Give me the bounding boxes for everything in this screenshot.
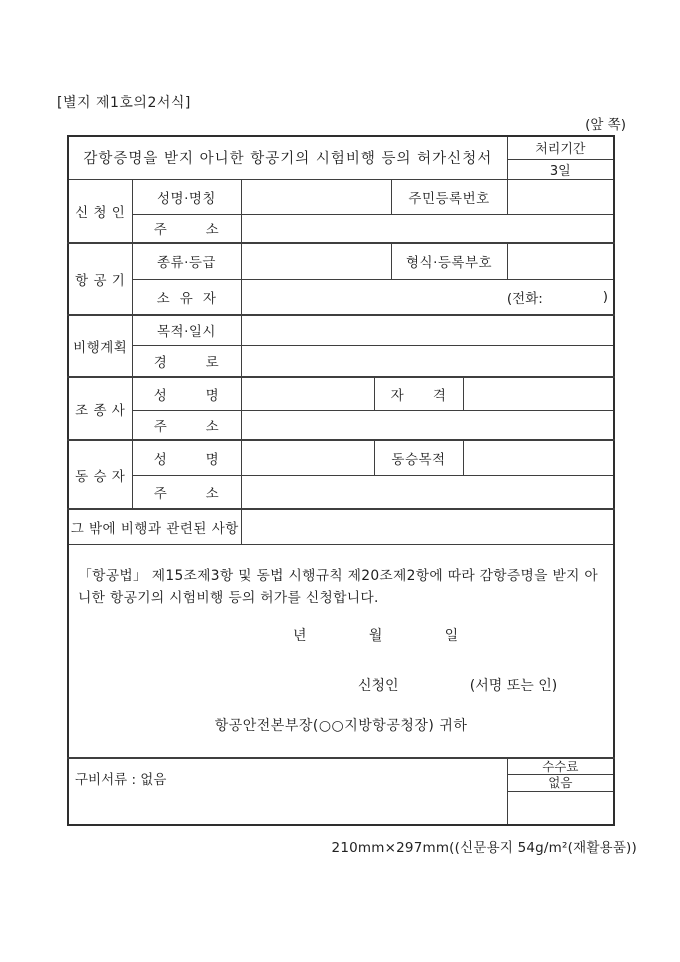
form-reference-label: [별지 제1호의2서식] — [57, 92, 191, 112]
form-title: 감항증명을 받지 아니한 항공기의 시험비행 등의 허가신청서 — [68, 136, 507, 179]
declaration-text: 「항공법」 제15조제3항 및 동법 시행규칙 제20조제2항에 따라 감항증명… — [78, 565, 603, 609]
other-matters-label: 그 밖에 비행과 관련된 사항 — [68, 509, 241, 544]
other-matters-field[interactable] — [241, 509, 614, 544]
processing-period-value: 3일 — [507, 159, 614, 179]
applicant-address-field[interactable] — [241, 214, 614, 243]
flight-route-field[interactable] — [241, 345, 614, 377]
fee-cell: 수수료 없음 — [507, 758, 614, 825]
aircraft-kind-label: 종류·등급 — [132, 243, 241, 279]
pilot-name-label: 성 명 — [132, 377, 241, 410]
fee-label: 수수료 — [508, 759, 614, 775]
required-documents-cell: 구비서류 : 없음 — [68, 758, 507, 825]
aircraft-kind-field[interactable] — [241, 243, 391, 279]
paper-spec-note: 210mm×297mm((신문용지 54g/m²(재활용품)) — [332, 836, 637, 856]
pilot-address-label: 주 소 — [132, 410, 241, 440]
recipient-line: 항공안전본부장(○○지방항공청장) 귀하 — [69, 715, 613, 735]
pilot-address-field[interactable] — [241, 410, 614, 440]
applicant-regno-label: 주민등록번호 — [391, 179, 507, 214]
passenger-purpose-label: 동승목적 — [374, 440, 463, 475]
form-page: [별지 제1호의2서식] (앞 쪽) 감항증명을 받지 아니한 항공기의 시험비… — [0, 0, 680, 962]
aircraft-type-label: 형식·등록부호 — [391, 243, 507, 279]
passenger-name-label: 성 명 — [132, 440, 241, 475]
applicant-name-field[interactable] — [241, 179, 391, 214]
applicant-address-label: 주 소 — [132, 214, 241, 243]
owner-phone-prefix: (전화: — [507, 287, 543, 307]
required-documents-label: 구비서류 : 없음 — [69, 759, 507, 788]
flight-purpose-label: 목적·일시 — [132, 315, 241, 345]
applicant-regno-field[interactable] — [507, 179, 614, 214]
passenger-address-label: 주 소 — [132, 475, 241, 509]
flight-plan-group-label: 비행계획 — [68, 315, 132, 377]
applicant-name-label: 성명·명칭 — [132, 179, 241, 214]
applicant-signature-line: 신청인 (서명 또는 인) — [358, 675, 557, 695]
flight-route-label: 경 로 — [132, 345, 241, 377]
pilot-name-field[interactable] — [241, 377, 374, 410]
passenger-name-field[interactable] — [241, 440, 374, 475]
aircraft-type-field[interactable] — [507, 243, 614, 279]
processing-period-label: 처리기간 — [507, 136, 614, 159]
aircraft-owner-field[interactable]: (전화: ) — [241, 279, 614, 315]
aircraft-owner-label: 소 유 자 — [132, 279, 241, 315]
pilot-group-label: 조 종 사 — [68, 377, 132, 440]
flight-purpose-field[interactable] — [241, 315, 614, 345]
passenger-address-field[interactable] — [241, 475, 614, 509]
fee-value: 없음 — [508, 775, 614, 792]
date-line: 년 월 일 — [293, 625, 458, 645]
declaration-section: 「항공법」 제15조제3항 및 동법 시행규칙 제20조제2항에 따라 감항증명… — [68, 544, 614, 758]
aircraft-group-label: 항 공 기 — [68, 243, 132, 315]
passenger-group-label: 동 승 자 — [68, 440, 132, 509]
pilot-qualification-label: 자 격 — [374, 377, 463, 410]
owner-phone-suffix: ) — [603, 289, 608, 305]
pilot-qualification-field[interactable] — [463, 377, 614, 410]
front-side-label: (앞 쪽) — [585, 113, 626, 133]
application-form-table: 감항증명을 받지 아니한 항공기의 시험비행 등의 허가신청서 처리기간 3일 … — [67, 135, 615, 826]
applicant-group-label: 신 청 인 — [68, 179, 132, 243]
passenger-purpose-field[interactable] — [463, 440, 614, 475]
